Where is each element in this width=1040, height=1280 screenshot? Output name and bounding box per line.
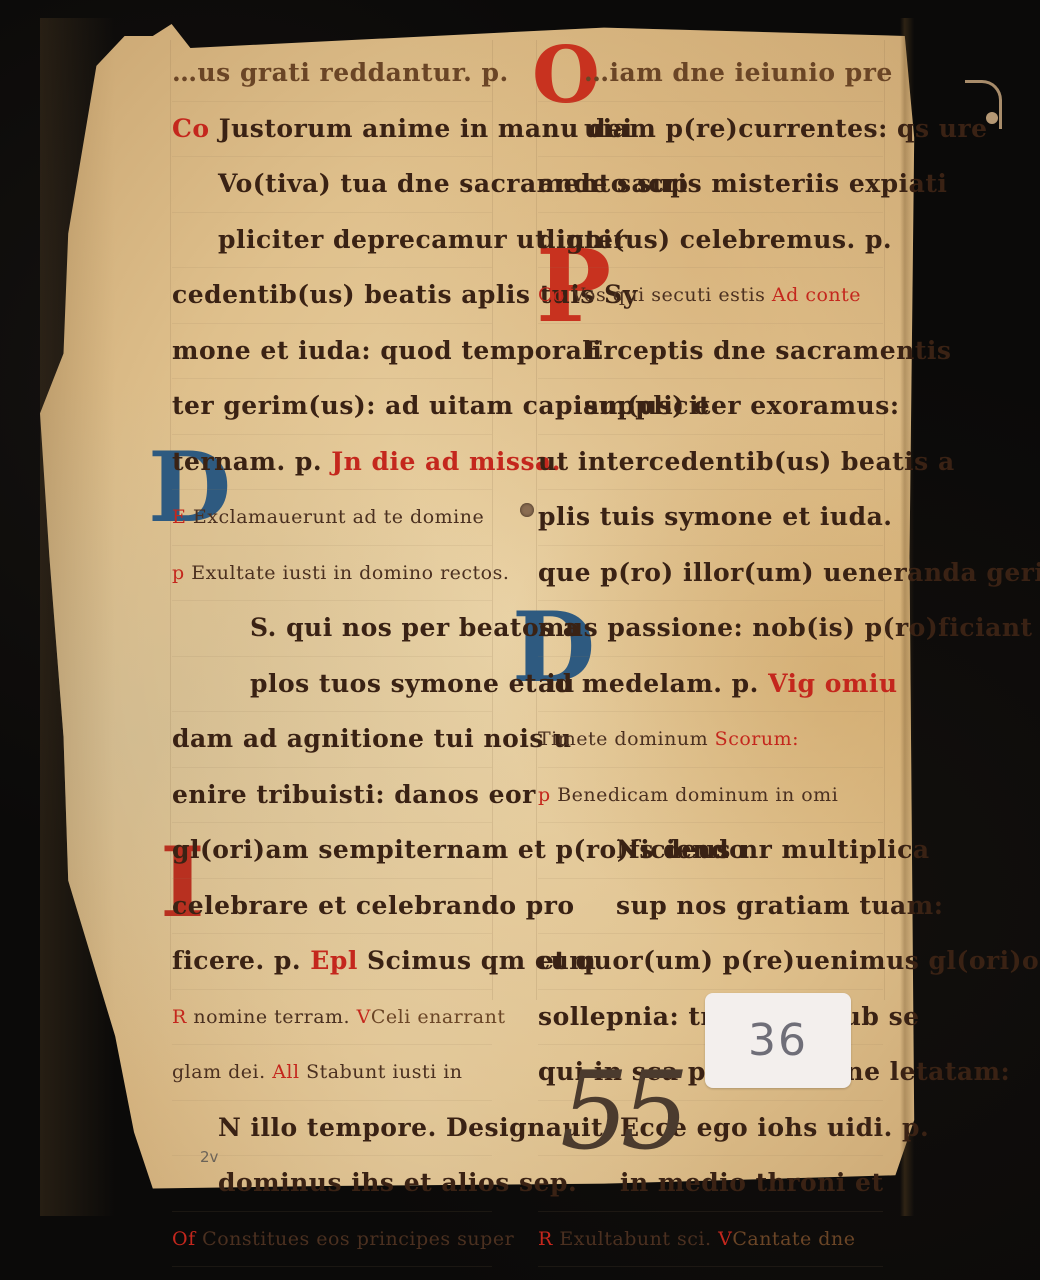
rubric: R: [172, 1006, 187, 1028]
text-line: E Exclamauerunt ad te domine: [172, 490, 492, 546]
ink-folio-number: 55: [560, 1058, 681, 1166]
catalog-sticker: 36: [705, 993, 851, 1088]
text-line: mus passione: nob(is) p(ro)ficiant: [538, 601, 883, 657]
text-line: p Exultate iusti in domino rectos.: [172, 546, 492, 602]
rubric: Vig omiu: [768, 669, 897, 698]
text-line: R nomine terram. VCeli enarrant: [172, 990, 492, 1046]
rubric: p: [538, 784, 551, 806]
text-line: digni(us) celebremus. p.: [538, 213, 883, 269]
text-line: dominus ihs et alios sep.: [172, 1156, 492, 1212]
rubric: Scorum:: [715, 728, 799, 750]
text-line: N illo tempore. Designauit: [172, 1101, 492, 1157]
rubric: All: [272, 1061, 299, 1083]
rubric: Co: [538, 284, 565, 306]
rubric: V: [718, 1228, 732, 1250]
text-line: uiam p(re)currentes: qs ure: [538, 102, 883, 158]
rubric: Ad conte: [772, 284, 861, 306]
text-line: ande sacris misteriis expiati: [538, 157, 883, 213]
text-line: plos tuos symone et iu: [172, 657, 492, 713]
text-line: Timete dominum Scorum:: [538, 712, 883, 768]
text-line: ad medelam. p. Vig omiu: [538, 657, 883, 713]
text-line: celebrare et celebrando pro: [172, 879, 492, 935]
text-line: gl(ori)am sempiternam et p(ro)ficiendo: [172, 823, 492, 879]
text-line: Co Vos qui secuti estis Ad conte: [538, 268, 883, 324]
rubric: R: [538, 1228, 553, 1250]
rubric: E: [172, 506, 186, 528]
rubric: Co: [172, 114, 210, 143]
text-line: S. qui nos per beatos a: [172, 601, 492, 657]
rubric: V: [357, 1006, 371, 1028]
text-line: Co Justorum anime in manu dei: [172, 102, 492, 158]
text-line: suppliciter exoramus:: [538, 379, 883, 435]
left-text-column: …us grati reddantur. p. Co Justorum anim…: [172, 46, 492, 1267]
sticker-number: 36: [748, 1015, 808, 1066]
text-line: Erceptis dne sacramentis: [538, 324, 883, 380]
text-line: Ns deus nr multiplica: [538, 823, 883, 879]
text-line: et quor(um) p(re)uenimus gl(ori)osa: [538, 934, 883, 990]
rubric: p: [172, 562, 185, 584]
text-line: p Benedicam dominum in omi: [538, 768, 883, 824]
text-line: …iam dne ieiunio pre: [538, 46, 883, 102]
text-line: pliciter deprecamur ut inter: [172, 213, 492, 269]
rubric: Epl: [310, 946, 358, 975]
text-line: que p(ro) illor(um) ueneranda geri: [538, 546, 883, 602]
text-line: mone et iuda: quod temporali: [172, 324, 492, 380]
parchment-hole: [520, 503, 534, 517]
text-line: sup nos gratiam tuam:: [538, 879, 883, 935]
text-line: ter gerim(us): ad uitam capiam(us) e: [172, 379, 492, 435]
text-line: ficere. p. Epl Scimus qm cum: [172, 934, 492, 990]
text-line: dam ad agnitione tui nois u: [172, 712, 492, 768]
text-line: cedentib(us) beatis aplis tuis Sy: [172, 268, 492, 324]
rubric: Of: [172, 1228, 196, 1250]
text-line: glam dei. All Stabunt iusti in: [172, 1045, 492, 1101]
text-line: Of Constitues eos principes super: [172, 1212, 492, 1268]
binding-thread-knot: [986, 112, 998, 124]
text-line: plis tuis symone et iuda.: [538, 490, 883, 546]
text-line: ternam. p. Jn die ad missa.: [172, 435, 492, 491]
text-line: R Exultabunt sci. VCantate dne: [538, 1212, 883, 1268]
rubric: Jn die ad missa.: [331, 447, 561, 476]
text-line: Vo(tiva) tua dne sacramento sup: [172, 157, 492, 213]
text-line: ut intercedentib(us) beatis a: [538, 435, 883, 491]
text-line: enire tribuisti: danos eor: [172, 768, 492, 824]
text-line: …us grati reddantur. p.: [172, 46, 492, 102]
pencil-foliation: 2v: [200, 1148, 218, 1166]
